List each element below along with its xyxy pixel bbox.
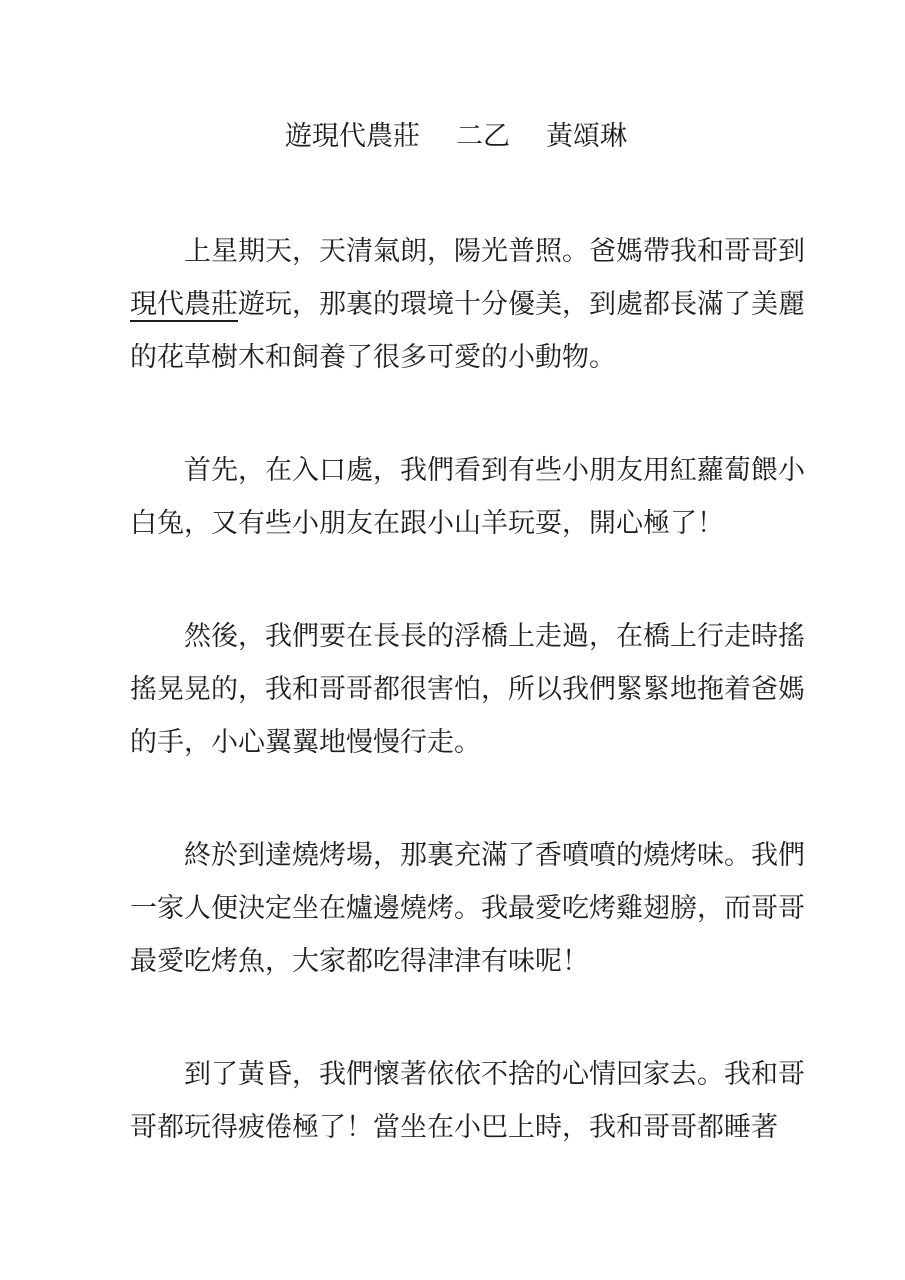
paragraph: 上星期天，天清氣朗，陽光普照。爸媽帶我和哥哥到現代農莊遊玩，那裏的環境十分優美，… (130, 225, 782, 384)
text-line: 然後，我們要在長長的浮橋上走過，在橋上行走時搖 (130, 610, 782, 663)
document-page: 遊現代農莊 二乙 黃頌琳 上星期天，天清氣朗，陽光普照。爸媽帶我和哥哥到現代農莊… (0, 0, 905, 1280)
document-content: 遊現代農莊 二乙 黃頌琳 上星期天，天清氣朗，陽光普照。爸媽帶我和哥哥到現代農莊… (130, 110, 782, 1154)
underlined-text: 現代農莊 (130, 289, 238, 322)
author-name: 黃頌琳 (546, 110, 627, 163)
paragraph: 終於到達燒烤場，那裏充滿了香噴噴的燒烤味。我們一家人便決定坐在爐邊燒烤。我最愛吃… (130, 829, 782, 988)
text-line: 終於到達燒烤場，那裏充滿了香噴噴的燒烤味。我們 (130, 829, 782, 882)
text-line: 白兔，又有些小朋友在跟小山羊玩耍，開心極了！ (130, 497, 782, 550)
paragraph: 首先，在入口處，我們看到有些小朋友用紅蘿蔔餵小白兔，又有些小朋友在跟小山羊玩耍，… (130, 444, 782, 550)
text-line: 到了黃昏，我們懷著依依不捨的心情回家去。我和哥 (130, 1048, 782, 1101)
text-line: 搖晃晃的，我和哥哥都很害怕，所以我們緊緊地拖着爸媽 (130, 663, 782, 716)
text-line: 一家人便決定坐在爐邊燒烤。我最愛吃烤雞翅膀，而哥哥 (130, 882, 782, 935)
text-line: 現代農莊遊玩，那裏的環境十分優美，到處都長滿了美麗 (130, 278, 782, 331)
text-line: 最愛吃烤魚，大家都吃得津津有味呢！ (130, 935, 782, 988)
text-line: 首先，在入口處，我們看到有些小朋友用紅蘿蔔餵小 (130, 444, 782, 497)
paragraphs: 上星期天，天清氣朗，陽光普照。爸媽帶我和哥哥到現代農莊遊玩，那裏的環境十分優美，… (130, 225, 782, 1154)
paragraph: 然後，我們要在長長的浮橋上走過，在橋上行走時搖搖晃晃的，我和哥哥都很害怕，所以我… (130, 610, 782, 769)
text-line: 哥都玩得疲倦極了！當坐在小巴上時，我和哥哥都睡著 (130, 1101, 782, 1154)
paragraph: 到了黃昏，我們懷著依依不捨的心情回家去。我和哥哥都玩得疲倦極了！當坐在小巴上時，… (130, 1048, 782, 1154)
text-line: 上星期天，天清氣朗，陽光普照。爸媽帶我和哥哥到 (130, 225, 782, 278)
text-line: 的花草樹木和飼養了很多可愛的小動物。 (130, 331, 782, 384)
essay-title: 遊現代農莊 (285, 110, 420, 163)
class-label: 二乙 (456, 110, 510, 163)
document-title: 遊現代農莊 二乙 黃頌琳 (130, 110, 782, 163)
text-line: 的手，小心翼翼地慢慢行走。 (130, 716, 782, 769)
